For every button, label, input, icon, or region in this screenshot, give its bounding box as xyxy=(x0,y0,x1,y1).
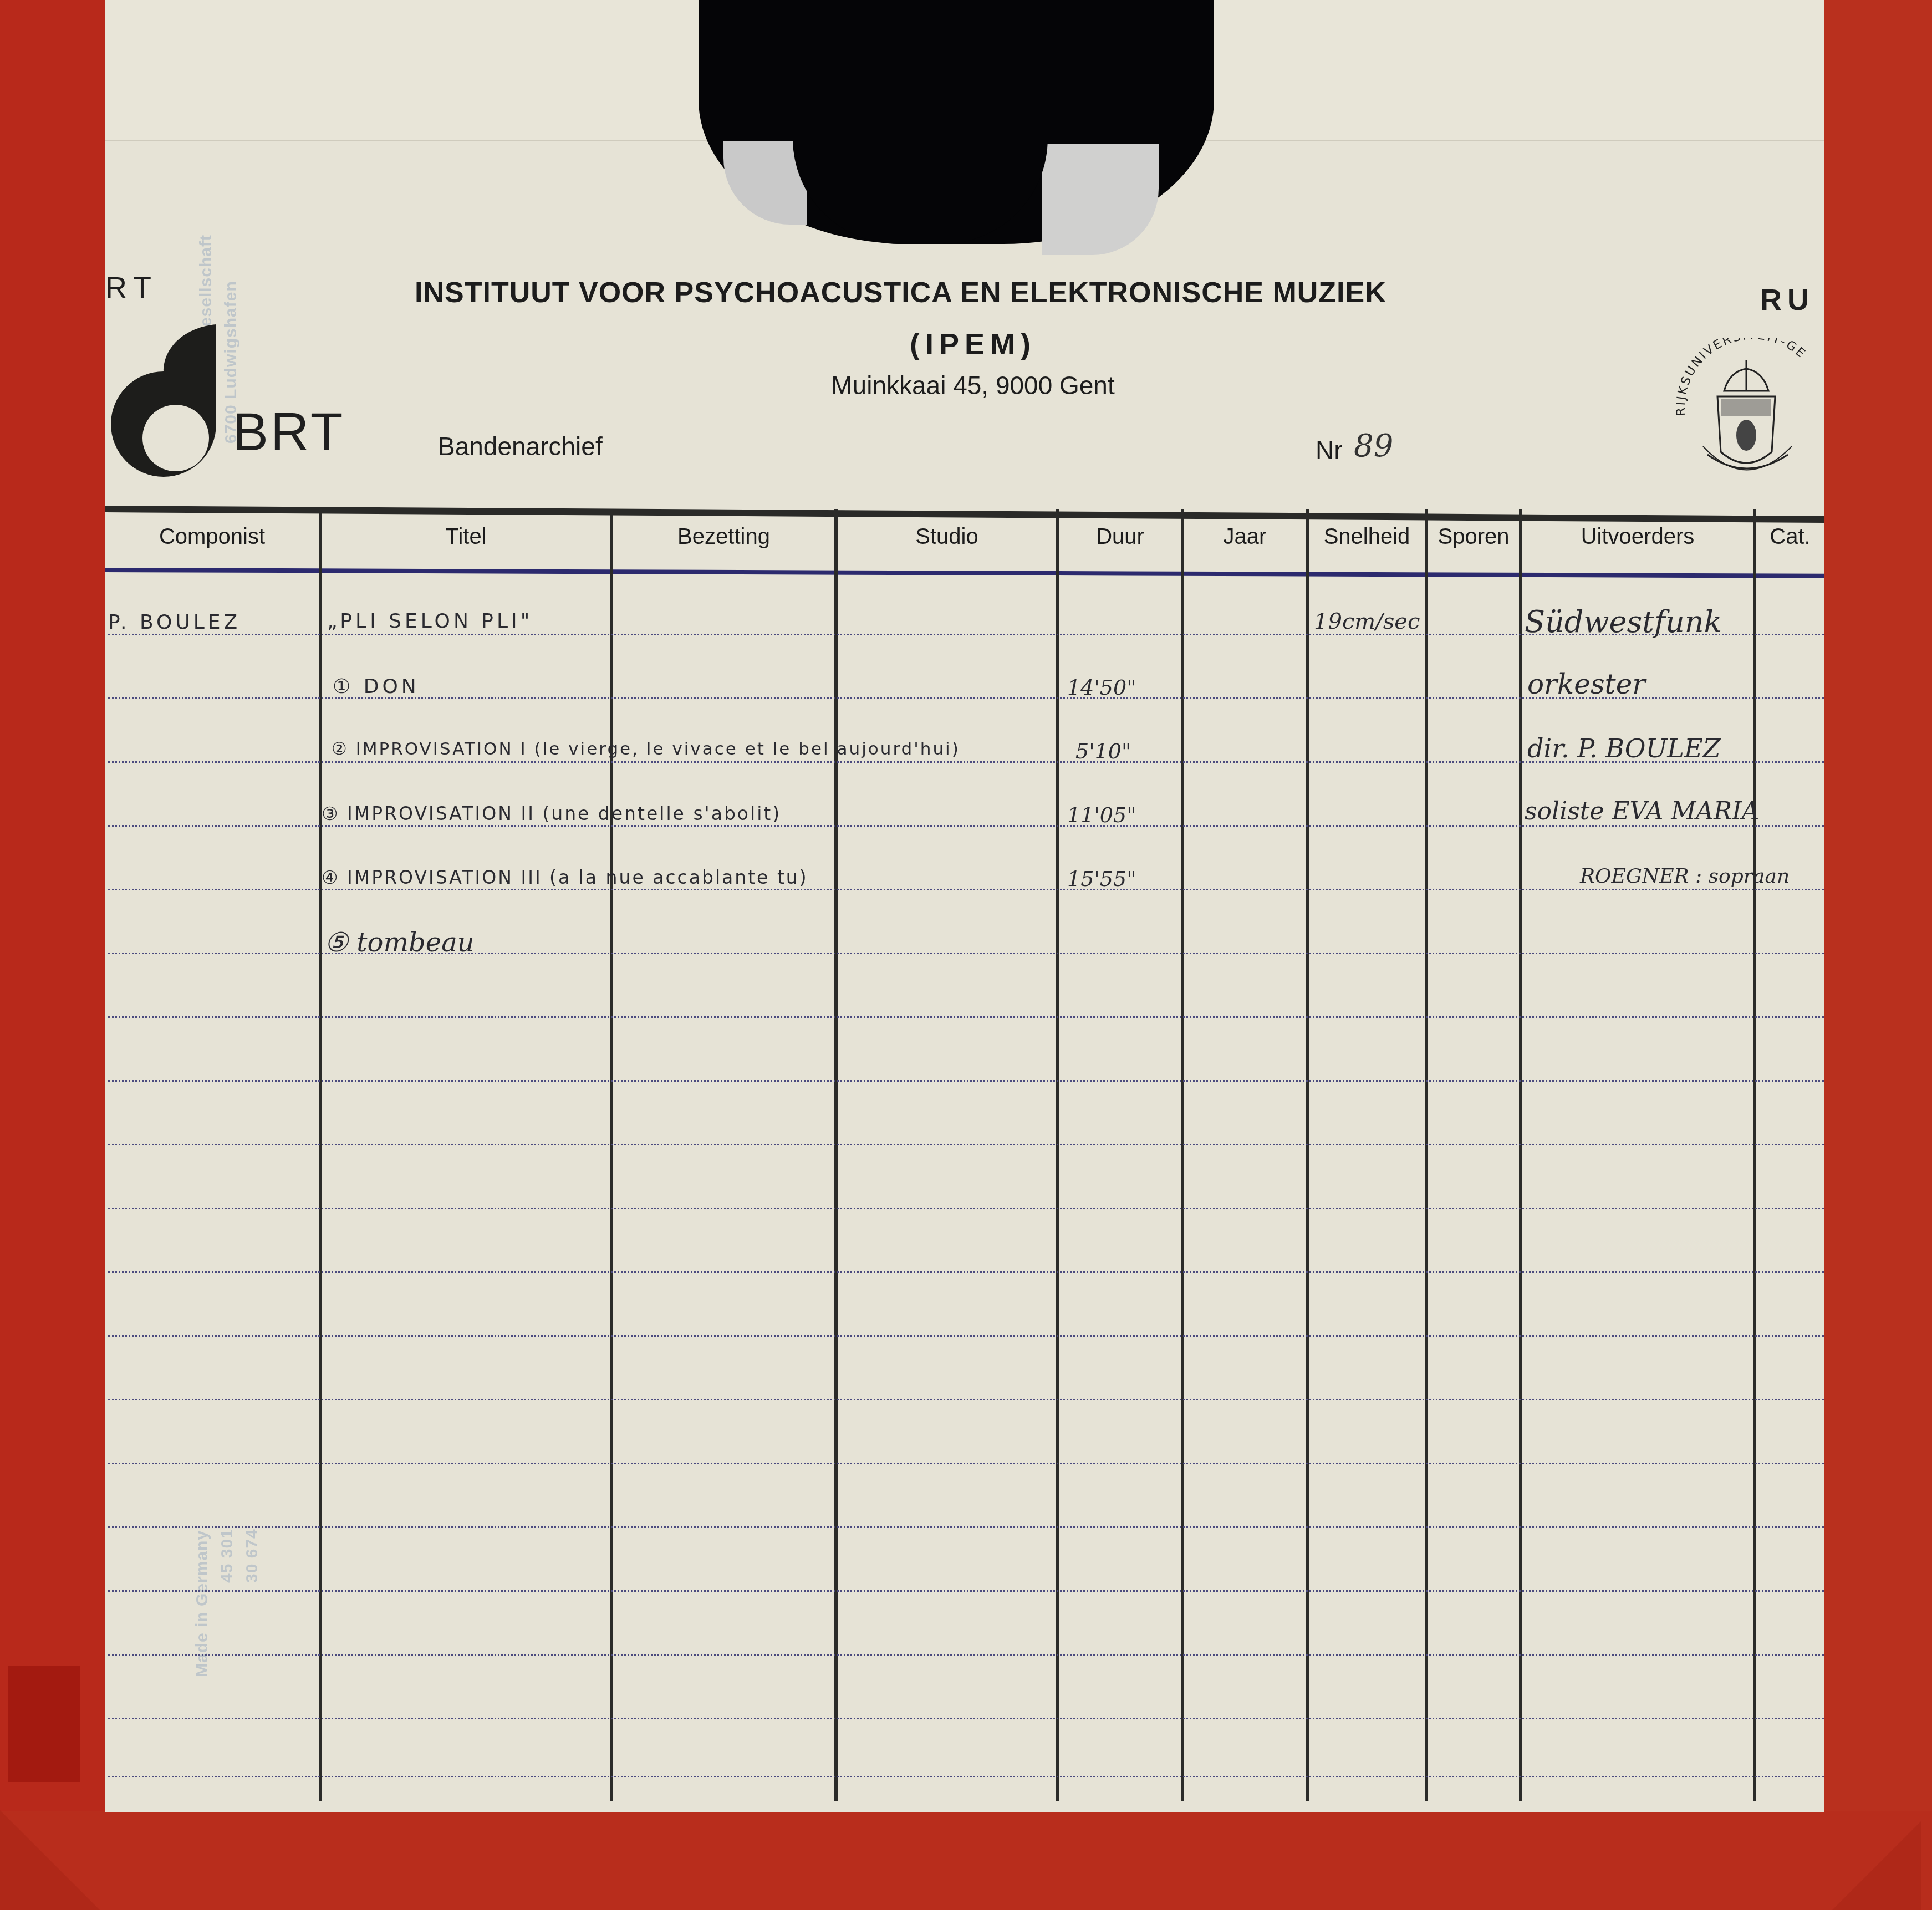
cell-uitvoerders: Südwestfunk xyxy=(1525,604,1722,639)
column-divider xyxy=(610,509,613,1801)
row-rule xyxy=(108,1590,1824,1592)
cell-titel: „PLI SELON PLI" xyxy=(327,610,533,633)
brt-logo-text: BRT xyxy=(233,402,345,463)
institute-abbreviation: (IPEM) xyxy=(0,327,1932,361)
column-header-uitvoerders: Uitvoerders xyxy=(1522,524,1753,549)
row-rule xyxy=(108,1208,1824,1209)
row-rule xyxy=(108,1463,1824,1464)
column-header-studio: Studio xyxy=(838,524,1056,549)
column-header-duur: Duur xyxy=(1059,524,1181,549)
box-right-edge xyxy=(1819,0,1932,1910)
cell-duur: 14'50" xyxy=(1067,675,1136,700)
institute-address: Muinkkaai 45, 9000 Gent xyxy=(0,370,1932,400)
column-divider xyxy=(834,509,838,1801)
box-left-edge xyxy=(0,0,105,1910)
row-rule xyxy=(108,1654,1824,1656)
box-corner-fold-left xyxy=(0,1810,100,1910)
number-label: Nr xyxy=(1316,435,1343,465)
watermark-line-2: 6700 Ludwigshafen xyxy=(222,155,241,444)
row-rule xyxy=(108,1271,1824,1273)
row-rule xyxy=(108,1080,1824,1082)
tape-patch xyxy=(8,1666,80,1782)
institute-name: INSTITUUT VOOR PSYCHOACUSTICA EN ELEKTRO… xyxy=(415,276,1386,309)
cell-duur: 15'55" xyxy=(1067,867,1136,891)
cell-titel: ④ IMPROVISATION III (a la nue accablante… xyxy=(322,867,808,888)
ru-cut-text: RU xyxy=(1760,283,1814,317)
row-rule xyxy=(108,1016,1824,1018)
column-divider xyxy=(1181,509,1184,1801)
row-rule xyxy=(108,1718,1824,1719)
column-divider xyxy=(1519,509,1522,1801)
box-bottom-edge xyxy=(0,1811,1932,1910)
row-rule xyxy=(108,1526,1824,1528)
row-rule xyxy=(108,1776,1824,1777)
cell-uitvoerders: soliste EVA MARIA xyxy=(1525,797,1759,826)
cell-uitvoerders: ROEGNER : sopraan xyxy=(1580,865,1790,888)
cell-uitvoerders: orkester xyxy=(1527,668,1645,700)
column-header-cat: Cat. xyxy=(1756,524,1824,549)
number-value: 89 xyxy=(1354,428,1393,464)
column-divider xyxy=(1306,509,1309,1801)
cell-titel: ② IMPROVISATION I (le vierge, le vivace … xyxy=(332,739,960,759)
column-header-bezetting: Bezetting xyxy=(613,524,834,549)
cell-snelheid: 19cm/sec xyxy=(1314,609,1420,634)
cell-duur: 11'05" xyxy=(1067,803,1136,827)
column-header-snelheid: Snelheid xyxy=(1309,524,1425,549)
university-seal-icon: RIJKSUNIVERSITEIT-GE xyxy=(1669,338,1824,488)
brt-cut-text: RT xyxy=(105,271,158,305)
column-header-titel: Titel xyxy=(322,524,610,549)
box-corner-fold-right xyxy=(1832,1821,1921,1910)
column-header-sporen: Sporen xyxy=(1428,524,1519,549)
column-header-jaar: Jaar xyxy=(1184,524,1306,549)
column-divider xyxy=(1425,509,1428,1801)
cell-titel: ⑤ tombeau xyxy=(324,927,475,958)
column-divider xyxy=(1753,509,1756,1801)
row-rule xyxy=(108,1399,1824,1400)
column-divider xyxy=(319,509,322,1801)
column-divider xyxy=(1056,509,1059,1801)
row-rule xyxy=(108,1144,1824,1145)
cell-componist: P. BOULEZ xyxy=(108,611,241,634)
cell-uitvoerders: dir. P. BOULEZ xyxy=(1527,734,1720,763)
row-rule xyxy=(108,1335,1824,1337)
column-header-componist: Componist xyxy=(105,524,319,549)
cell-duur: 5'10" xyxy=(1075,739,1131,763)
watermark-made-in: Made in Germany xyxy=(193,1516,212,1677)
archive-label: Bandenarchief xyxy=(438,431,603,461)
cell-titel: ③ IMPROVISATION II (une dentelle s'aboli… xyxy=(322,803,781,824)
cell-titel: ① DON xyxy=(333,675,420,698)
row-rule xyxy=(108,889,1824,890)
